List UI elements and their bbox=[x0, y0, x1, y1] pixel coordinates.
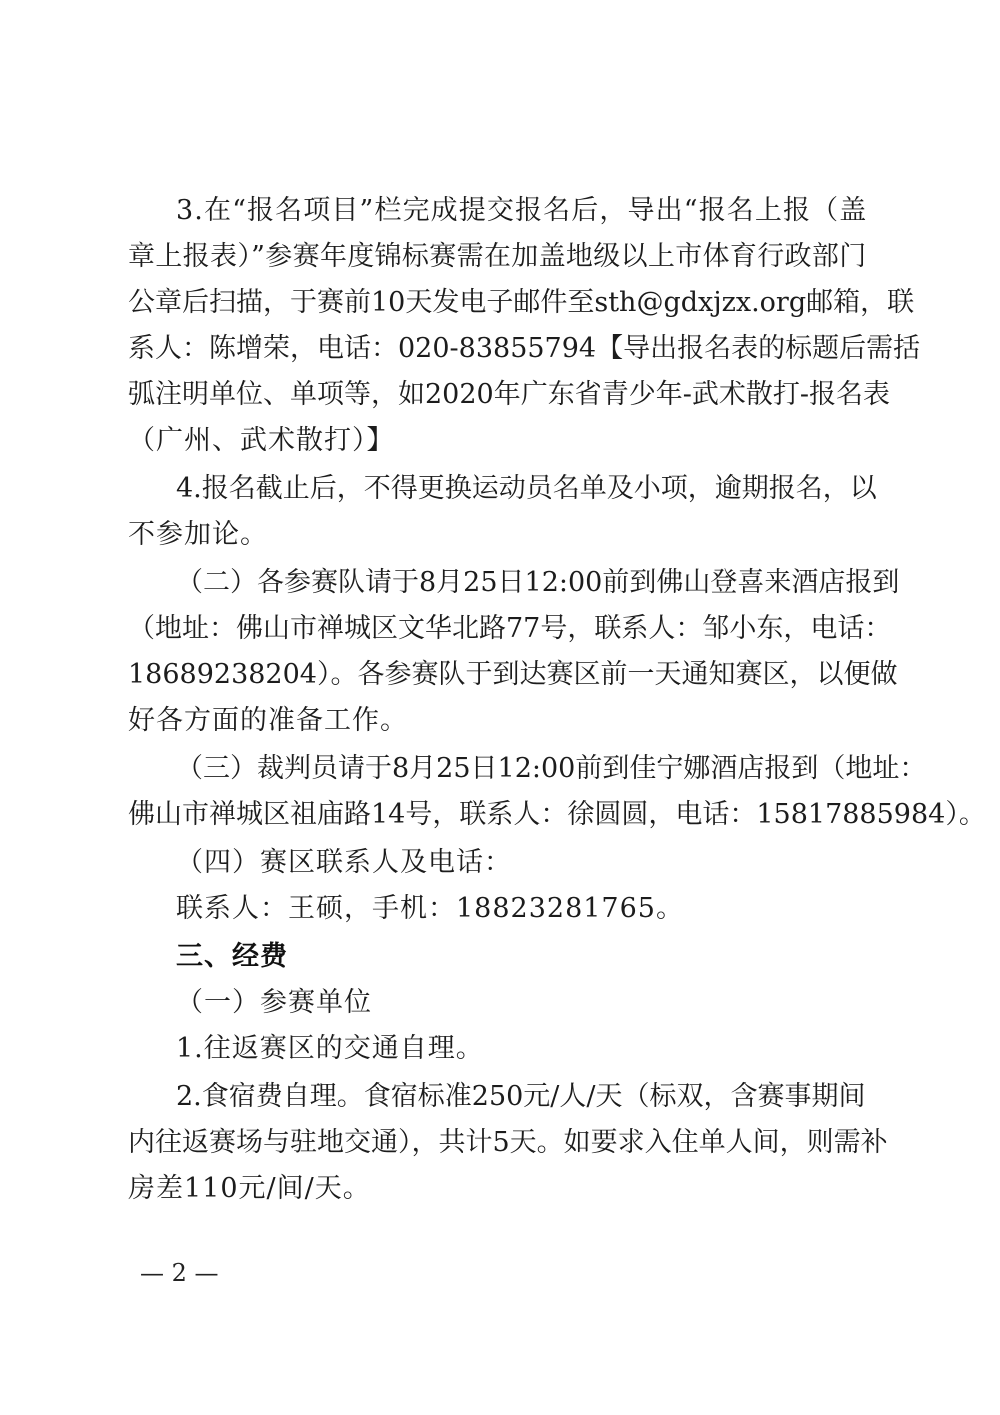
text-line: 系人：陈增荣，电话：020-83855794【导出报名表的标题后需括 bbox=[128, 326, 920, 372]
text-line: 3.在“报名项目”栏完成提交报名后，导出“报名上报（盖 bbox=[176, 188, 867, 234]
text-line: 4.报名截止后，不得更换运动员名单及小项，逾期报名，以 bbox=[176, 466, 877, 512]
text-line: 房差110元/间/天。 bbox=[128, 1166, 371, 1212]
text-line: 1.往返赛区的交通自理。 bbox=[176, 1026, 484, 1072]
text-line: 2.食宿费自理。食宿标准250元/人/天（标双，含赛事期间 bbox=[176, 1074, 866, 1120]
text-line: 联系人：王硕，手机：18823281765。 bbox=[176, 886, 684, 932]
text-line: （地址：佛山市禅城区文华北路77号，联系人：邹小东，电话： bbox=[128, 606, 891, 652]
text-line: 不参加论。 bbox=[128, 512, 268, 558]
text-line: 公章后扫描，于赛前10天发电子邮件至sth@gdxjzx.org邮箱，联 bbox=[128, 280, 914, 326]
text-line: 好各方面的准备工作。 bbox=[128, 698, 408, 744]
text-line: （三）裁判员请于8月25日12:00前到佳宁娜酒店报到（地址： bbox=[176, 746, 926, 792]
text-line: 佛山市禅城区祖庙路14号，联系人：徐圆圆，电话：15817885984）。 bbox=[128, 792, 986, 838]
text-line: 内往返赛场与驻地交通），共计5天。如要求入住单人间，则需补 bbox=[128, 1120, 888, 1166]
text-line: （二）各参赛队请于8月25日12:00前到佛山登喜来酒店报到 bbox=[176, 560, 899, 606]
text-line: （一）参赛单位 bbox=[176, 980, 372, 1026]
text-line: 18689238204）。各参赛队于到达赛区前一天通知赛区，以便做 bbox=[128, 652, 897, 698]
document-page: 3.在“报名项目”栏完成提交报名后，导出“报名上报（盖 章上报表）”参赛年度锦标… bbox=[0, 0, 1000, 1415]
page-number: — 2 — bbox=[140, 1258, 219, 1288]
section-heading: 三、经费 bbox=[176, 934, 288, 980]
text-line: 章上报表）”参赛年度锦标赛需在加盖地级以上市体育行政部门 bbox=[128, 234, 867, 280]
text-line: （四）赛区联系人及电话： bbox=[176, 840, 512, 886]
text-line: （广州、武术散打）】 bbox=[128, 418, 395, 464]
text-line: 弧注明单位、单项等，如2020年广东省青少年-武术散打-报名表 bbox=[128, 372, 890, 418]
